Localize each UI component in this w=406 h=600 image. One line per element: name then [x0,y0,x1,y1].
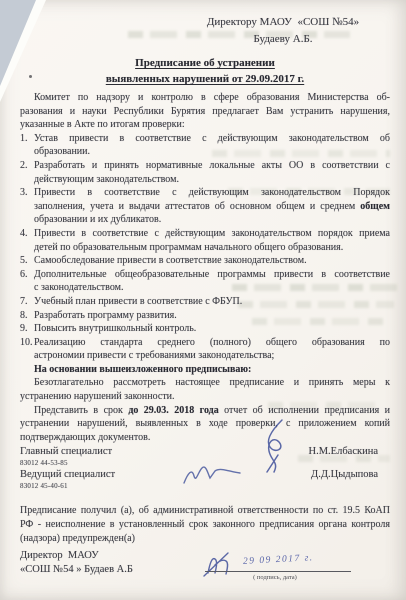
violations-list: 1. Устав привести в соответствие с дейст… [20,132,390,363]
violation-item-3: 3. Привести в соответствие с действующим… [20,186,390,227]
item-line: Привести в соответствие с действующим за… [34,227,390,241]
item-number: 5. [20,254,34,268]
addressee-line: Директору МАОУ «СОШ №54» [176,14,390,31]
item-line: Самообследование привести в соответствие… [34,254,390,268]
item-number: 4. [20,227,34,254]
ack-line: (надзора) предупрежден(а) [20,532,390,546]
item-line: образовании и их дубликатов. [34,213,390,227]
order-text: Представить в срок [34,405,128,416]
violation-item-4: 4. Привести в соответствие с действующим… [20,227,390,254]
order-heading: На основании вышеизложенного предписываю… [20,363,390,377]
item-line: образовании. [34,145,390,159]
elbaskina-signature [258,418,300,474]
signatory-name: Д.Д.Цыдыпова [311,468,378,481]
item-line: астрономии привести с требованиями закон… [34,349,390,363]
title-line-2: выявленных нарушений от 29.09.2017 г. [20,71,390,87]
order-paragraph-1: Безотлагательно рассмотреть настоящее пр… [20,376,390,403]
item-line: заполнения, учета и выдачи аттестатов об… [34,200,390,214]
violation-item-7: 7. Учебный план привести в соответствие … [20,295,390,309]
item-line: Дополнительные общеобразовательные прогр… [34,268,390,282]
violation-item-2: 2. Разработать и принять нормативные лок… [20,159,390,186]
item-number: 8. [20,309,34,323]
item-number: 2. [20,159,34,186]
order-line: Представить в срок до 29.03. 2018 года о… [20,404,390,418]
signatory-row-1: Главный специалист Н.М.Елбаскина [20,445,390,458]
violation-item-6: 6. Дополнительные общеобразовательные пр… [20,268,390,295]
deadline-date: до 29.03. 2018 года [128,405,218,416]
acknowledgement-paragraph: Предписание получил (а), об администрати… [20,504,390,545]
document-title: Предписание об устранении выявленных нар… [20,55,390,87]
violation-item-5: 5. Самообследование привести в соответст… [20,254,390,268]
item-line: с законодательством. [34,281,390,295]
tsydypova-signature [180,464,244,488]
item-number: 6. [20,268,34,295]
item-text-bold: общем [360,201,390,212]
item-number: 1. [20,132,34,159]
violation-item-9: 9. Повысить внутришкольный контроль. [20,322,390,336]
ack-line: Предписание получил (а), об администрати… [20,504,390,518]
intro-line: указанные в Акте по итогам проверки: [20,118,390,132]
ack-line: РФ - неисполнение в установленный срок з… [20,518,390,532]
item-number: 10. [20,336,34,363]
order-line: подтверждающих документов. [20,431,390,445]
violation-item-8: 8. Разработать программу развития. [20,309,390,323]
order-line: устранении нарушений, выявленных в ходе … [20,417,390,431]
item-line: Разработать и принять нормативные локаль… [34,159,390,173]
violation-item-1: 1. Устав привести в соответствие с дейст… [20,132,390,159]
item-text: заполнения, учета и выдачи аттестатов об… [34,201,360,212]
order-paragraph-2: Представить в срок до 29.03. 2018 года о… [20,404,390,445]
item-line: Устав привести в соответствие с действую… [34,132,390,146]
signatory-title: Ведущий специалист [20,468,115,481]
scanned-document-page: Директору МАОУ «СОШ №54» Будаеву А.Б. Пр… [0,0,406,600]
item-line: детей по образовательным программам нача… [34,241,390,255]
signatory-title: Главный специалист [20,445,112,458]
addressee-name: Будаеву А.Б. [176,31,390,48]
item-line: действующим законодательством. [34,173,390,187]
item-line: Повысить внутришкольный контроль. [34,322,390,336]
document-body: Директору МАОУ «СОШ №54» Будаеву А.Б. Пр… [20,14,390,577]
order-line: Безотлагательно рассмотреть настоящее пр… [20,376,390,390]
intro-line: разования и науки Республики Бурятия пре… [20,105,390,119]
order-text: отчет об исполнении предписания и [219,405,390,416]
intro-paragraph: Комитет по надзору и контролю в сфере об… [20,91,390,132]
violation-item-10: 10. Реализацию стандарта среднего (полно… [20,336,390,363]
item-number: 9. [20,322,34,336]
item-line: Реализацию стандарта среднего (полного) … [34,336,390,350]
intro-line: Комитет по надзору и контролю в сфере об… [20,91,390,105]
signature-caption: ( подпись, дата) [210,574,340,581]
signatory-name: Н.М.Елбаскина [309,445,379,458]
item-number: 7. [20,295,34,309]
order-line: устранению нарушений законности. [20,390,390,404]
signature-line [205,571,351,572]
title-line-1: Предписание об устранении [20,55,390,71]
addressee-block: Директору МАОУ «СОШ №54» Будаеву А.Б. [176,14,390,48]
item-number: 3. [20,186,34,227]
item-line: Привести в соответствие с действующим за… [34,186,390,200]
item-line: Учебный план привести в соответствие с Ф… [34,295,390,309]
item-line: Разработать программу развития. [34,309,390,323]
